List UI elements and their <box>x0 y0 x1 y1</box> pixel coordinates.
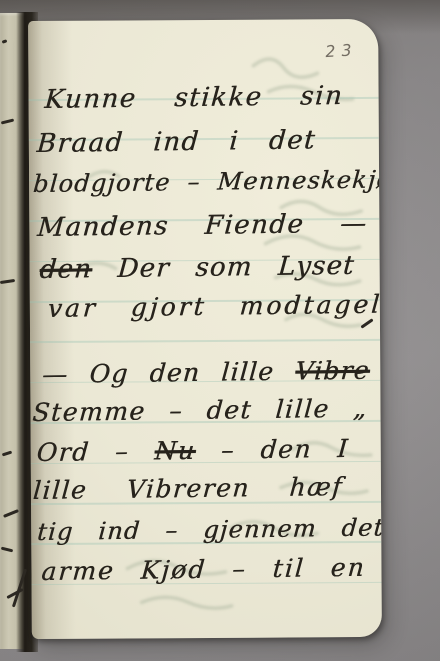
handwriting-line: Kunne stikke sin <box>43 81 344 115</box>
handwriting-segment: Mandens Fiende — <box>36 209 368 243</box>
handwriting-line: arme Kjød – til en <box>40 553 366 586</box>
photo-frame: 23 Kunne stikke sinBraad ind i detblodgj… <box>0 0 440 661</box>
handwriting-block: Kunne stikke sinBraad ind i detblodgjort… <box>28 19 378 21</box>
handwriting-segment-struck: den <box>39 254 94 285</box>
handwriting-segment: Braad ind i det <box>36 125 317 159</box>
handwriting-segment-struck: Nu <box>154 436 197 466</box>
handwriting-line: Mandens Fiende — <box>36 209 368 243</box>
handwriting-segment-struck: Vibre <box>294 356 371 386</box>
handwriting-line: var gjort modtagelig <box>47 289 382 323</box>
handwriting-line: blodgjorte – Menneskekjød <box>32 165 382 198</box>
notebook-page: 23 Kunne stikke sinBraad ind i detblodgj… <box>28 19 382 639</box>
handwriting-segment: lille Vibreren hæf <box>32 472 344 505</box>
handwriting-segment: var gjort modtagelig <box>47 289 382 323</box>
page-number: 23 <box>325 40 358 61</box>
handwriting-line: den Der som Lyset . <box>39 250 382 285</box>
handwriting-segment: Kunne stikke sin <box>43 81 344 115</box>
handwriting-line: — Og den lille Vibre <box>41 356 371 389</box>
handwriting-line: Braad ind i det <box>36 125 317 159</box>
handwriting-line: lille Vibreren hæf <box>32 472 344 505</box>
ruled-lines <box>28 19 378 21</box>
handwriting-segment: – den I <box>195 434 350 465</box>
handwriting-segment: — Og den lille <box>41 357 296 389</box>
handwriting-line: Stemme – det lille „ <box>31 394 368 427</box>
handwriting-line: tig ind – gjennem det <box>36 513 382 546</box>
ruled-line <box>30 339 380 343</box>
handwriting-segment: Stemme – det lille „ <box>31 394 368 427</box>
handwriting-segment: arme Kjød – til en <box>40 553 366 586</box>
handwriting-segment: Ord – <box>36 436 156 467</box>
handwriting-segment: tig ind – gjennem det <box>36 513 382 546</box>
handwriting-segment: Der som Lyset . <box>91 250 382 284</box>
handwriting-line: Ord – Nu – den I <box>36 434 350 467</box>
handwriting-segment: blodgjorte – Menneskekjød <box>32 165 382 198</box>
